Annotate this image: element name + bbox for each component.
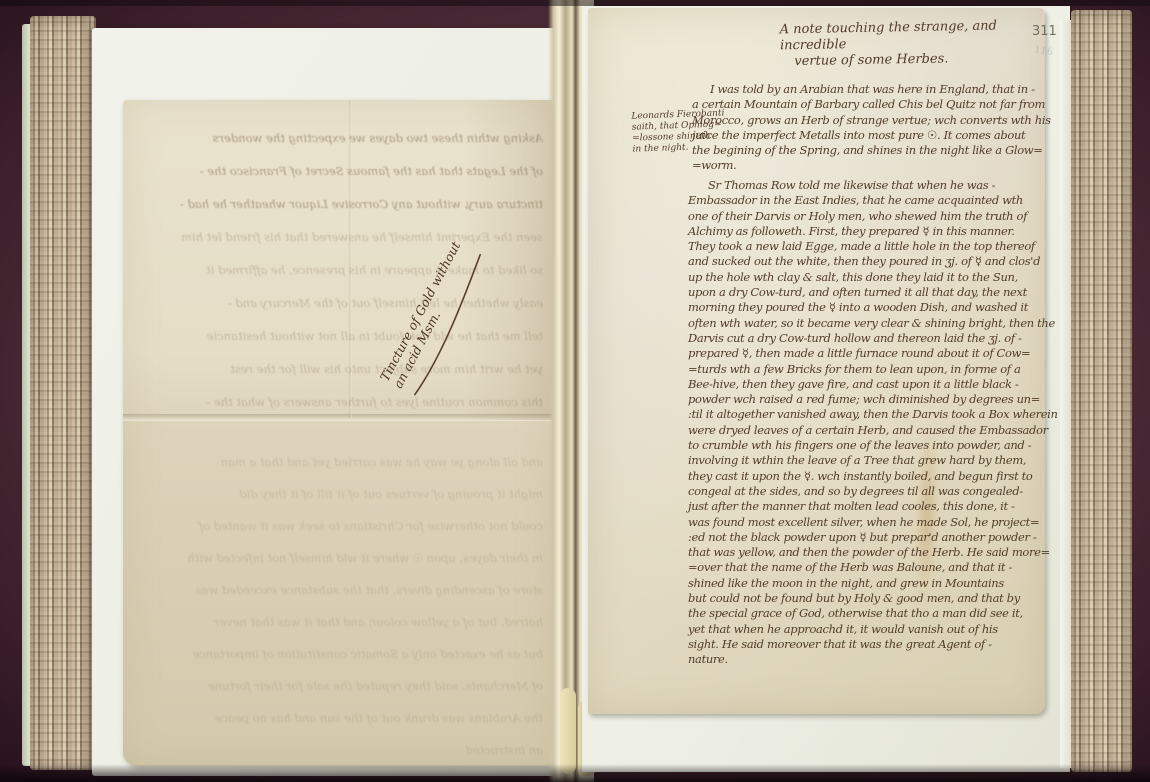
text-line: sight. He said moreover that it was the … [688, 637, 1058, 652]
title-line-2: vertue of some Herbes. [794, 50, 1045, 70]
text-line: up the hole wth clay & salt, this done t… [688, 270, 1058, 285]
text-line: Asking wthin these two dayes we expectin… [129, 122, 543, 155]
left-folded-document: Asking wthin these two dayes we expectin… [123, 100, 552, 766]
text-line: the Arabians was drunk out of the sun an… [129, 702, 543, 734]
text-line: :ed not the black powder upon ☿ but prep… [688, 530, 1058, 545]
text-line: store of ascending divers, that the subs… [129, 574, 543, 606]
text-line: they cast it upon the ☿. wch instantly b… [688, 469, 1058, 484]
paragraph-2: Sr Thomas Row told me likewise that when… [688, 178, 1058, 668]
text-line: but as he exacted only a Somatic constit… [129, 638, 543, 670]
text-line: powder wch raised a red fume; wch dimini… [688, 392, 1058, 407]
text-line: was found most excellent silver, when he… [688, 515, 1058, 530]
text-line: prepared ☿, then made a little furnace r… [688, 346, 1058, 361]
text-line: and sucked out the white, then they pour… [688, 254, 1058, 269]
text-line: just after the manner that molten lead c… [688, 499, 1058, 514]
text-line: a certain Mountain of Barbary called Chi… [692, 97, 1051, 112]
text-line: :til it altogether vanished away, then t… [688, 407, 1058, 422]
text-line: the begining of the Spring, and shines i… [692, 143, 1051, 158]
text-line: They took a new laid Egge, made a little… [688, 239, 1058, 254]
text-line: juice the imperfect Metalls into most pu… [692, 128, 1051, 143]
text-line: congeal at the sides, and so by degrees … [688, 484, 1058, 499]
text-line: of Merchants, said they reputed the sale… [129, 670, 543, 702]
text-line: the special grace of God, otherwise that… [688, 606, 1058, 621]
text-line: and all along ye way he was carried yet … [129, 446, 543, 478]
text-line: tinctura aury, without any Corrosive Liq… [129, 188, 543, 221]
text-line: hatred, but of a yellow colour, and that… [129, 606, 543, 638]
text-line: morning they poured the ☿ into a wooden … [688, 300, 1058, 315]
text-line: were dryed leaves of a certain Herb, and… [688, 423, 1058, 438]
mirrored-show-through-lower: and all along ye way he was carried yet … [129, 446, 543, 766]
right-manuscript-leaf: A note touching the strange, and incredi… [588, 8, 1045, 714]
text-line: an instructed [129, 734, 543, 766]
left-page-edge-stack [30, 16, 96, 770]
annotation-line-2: an acid Msm. [390, 242, 478, 390]
text-line: could not otherwise for Christians to se… [129, 510, 543, 542]
text-line: =worm. [692, 158, 1051, 173]
text-line: =turds wth a few Bricks for them to lean… [688, 362, 1058, 377]
bottom-shadow [0, 764, 1150, 782]
title-line-1: A note touching the strange, and incredi… [780, 18, 1046, 55]
text-line: might it prouing of vertues out of it ti… [129, 478, 543, 510]
text-line: Darvis cut a dry Cow-turd hollow and the… [688, 331, 1058, 346]
text-line: yet that when he approachd it, it would … [688, 622, 1058, 637]
text-line: one of their Darvis or Holy men, who she… [688, 209, 1058, 224]
text-line: of the Legats that has the famous Secret… [129, 155, 543, 188]
top-shadow [0, 0, 1150, 6]
paragraph-1: I was told by an Arabian that was here i… [692, 82, 1051, 174]
folio-number: 311 [1032, 24, 1057, 39]
text-line: that was yellow, and then the powder of … [688, 545, 1058, 560]
text-line: Embassador in the East Indies, that he c… [688, 193, 1058, 208]
text-line: =over that the name of the Herb was Balo… [688, 560, 1058, 575]
text-line: often wth water, so it became very clear… [688, 316, 1058, 331]
book-photograph: Asking wthin these two dayes we expectin… [0, 0, 1150, 782]
text-line: but could not be found but by Holy & goo… [688, 591, 1058, 606]
text-line: upon a dry Cow-turd, and often turned it… [688, 285, 1058, 300]
text-line: in their dayes, upon ☉ where it wld hims… [129, 542, 543, 574]
page-title: A note touching the strange, and incredi… [780, 18, 1046, 71]
text-line: Morocco, grows an Herb of strange vertue… [692, 113, 1051, 128]
text-line: shined like the moon in the night, and g… [688, 576, 1058, 591]
text-line: to crumble wth his fingers one of the le… [688, 438, 1058, 453]
text-line: nature. [688, 652, 1058, 667]
text-line: I was told by an Arabian that was here i… [692, 82, 1051, 97]
gutter-page-curl [560, 688, 576, 774]
text-line: Bee-hive, then they gave fire, and cast … [688, 377, 1058, 392]
text-line: Sr Thomas Row told me likewise that when… [688, 178, 1058, 193]
right-page-edge-stack [1071, 10, 1132, 772]
text-line: Alchimy as followeth. First, they prepar… [688, 224, 1058, 239]
text-line: involving it wthin the leave of a Tree t… [688, 453, 1058, 468]
